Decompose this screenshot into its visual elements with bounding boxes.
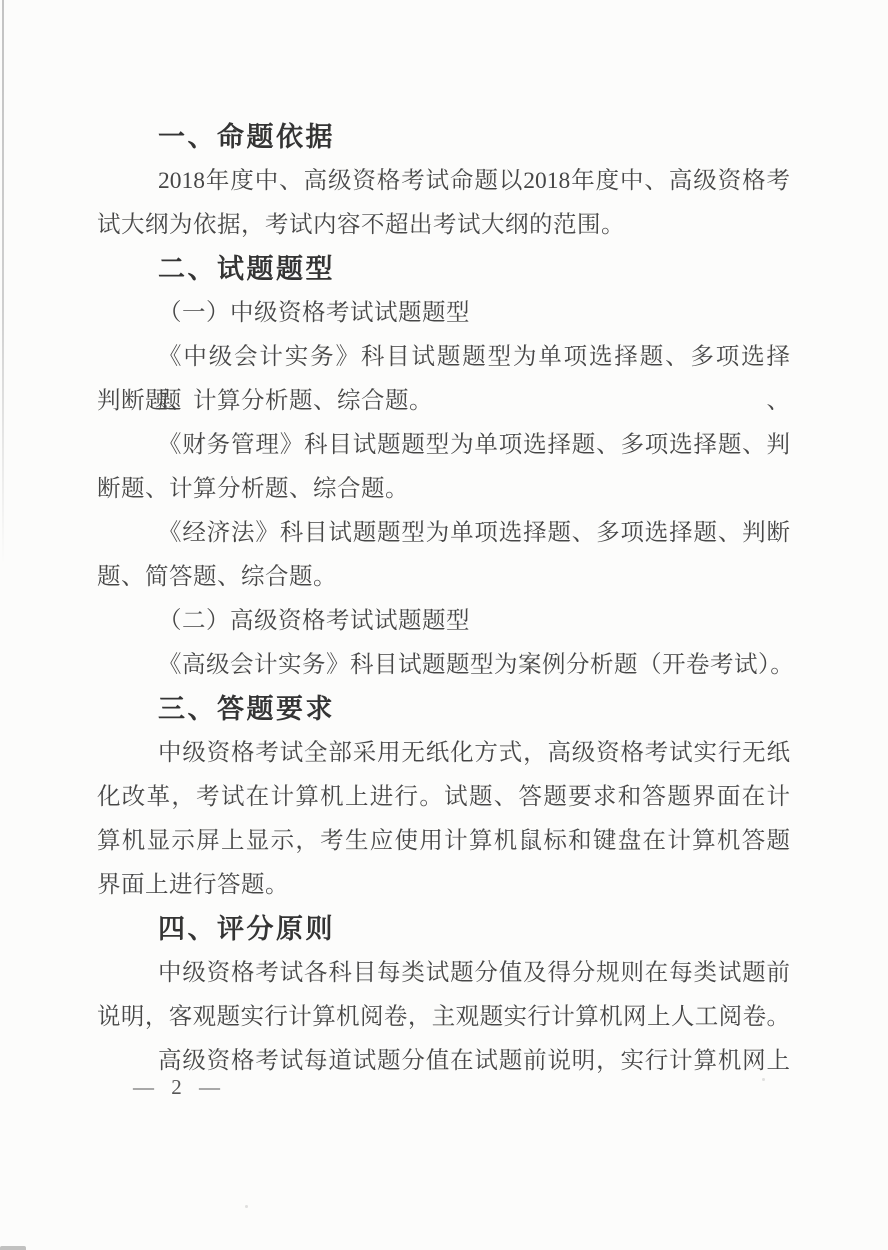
paragraph-line: 《财务管理》科目试题题型为单项选择题、多项选择题、判 xyxy=(97,423,790,467)
paragraph-line: 《中级会计实务》科目试题题型为单项选择题、多项选择题、 xyxy=(97,335,790,379)
section-heading: 三、答题要求 xyxy=(97,687,790,731)
section-heading: 一、命题依据 xyxy=(97,115,790,159)
paragraph-line: 算机显示屏上显示，考生应使用计算机鼠标和键盘在计算机答题 xyxy=(97,819,790,863)
paragraph-line: 断题、计算分析题、综合题。 xyxy=(97,467,790,511)
paragraph-line: 中级资格考试各科目每类试题分值及得分规则在每类试题前 xyxy=(97,951,790,995)
paragraph-line: 试大纲为依据，考试内容不超出考试大纲的范围。 xyxy=(97,203,790,247)
scan-edge-artifact xyxy=(2,0,4,565)
paragraph-line: 题、简答题、综合题。 xyxy=(97,555,790,599)
document-body: 一、命题依据 2018年度中、高级资格考试命题以2018年度中、高级资格考 试大… xyxy=(97,115,790,1083)
section-heading: 四、评分原则 xyxy=(97,907,790,951)
paragraph-line: 《高级会计实务》科目试题题型为案例分析题（开卷考试）。 xyxy=(97,643,790,687)
paragraph-line: 界面上进行答题。 xyxy=(97,863,790,907)
paragraph-line: 《经济法》科目试题题型为单项选择题、多项选择题、判断 xyxy=(97,511,790,555)
scan-speck xyxy=(530,446,533,449)
subsection-heading: （二）高级资格考试试题题型 xyxy=(97,599,790,643)
paragraph-line: 2018年度中、高级资格考试命题以2018年度中、高级资格考 xyxy=(97,159,790,203)
scanned-document-page: 一、命题依据 2018年度中、高级资格考试命题以2018年度中、高级资格考 试大… xyxy=(0,0,888,1250)
scan-speck xyxy=(245,1205,248,1208)
paragraph-line: 说明，客观题实行计算机阅卷，主观题实行计算机网上人工阅卷。 xyxy=(97,995,790,1039)
page-number: — 2 — xyxy=(133,1068,221,1106)
section-heading: 二、试题题型 xyxy=(97,247,790,291)
scan-speck xyxy=(762,1078,765,1081)
scan-corner-smudge xyxy=(0,1246,26,1250)
subsection-heading: （一）中级资格考试试题题型 xyxy=(97,291,790,335)
paragraph-line: 化改革，考试在计算机上进行。试题、答题要求和答题界面在计 xyxy=(97,775,790,819)
paragraph-line: 中级资格考试全部采用无纸化方式，高级资格考试实行无纸 xyxy=(97,731,790,775)
